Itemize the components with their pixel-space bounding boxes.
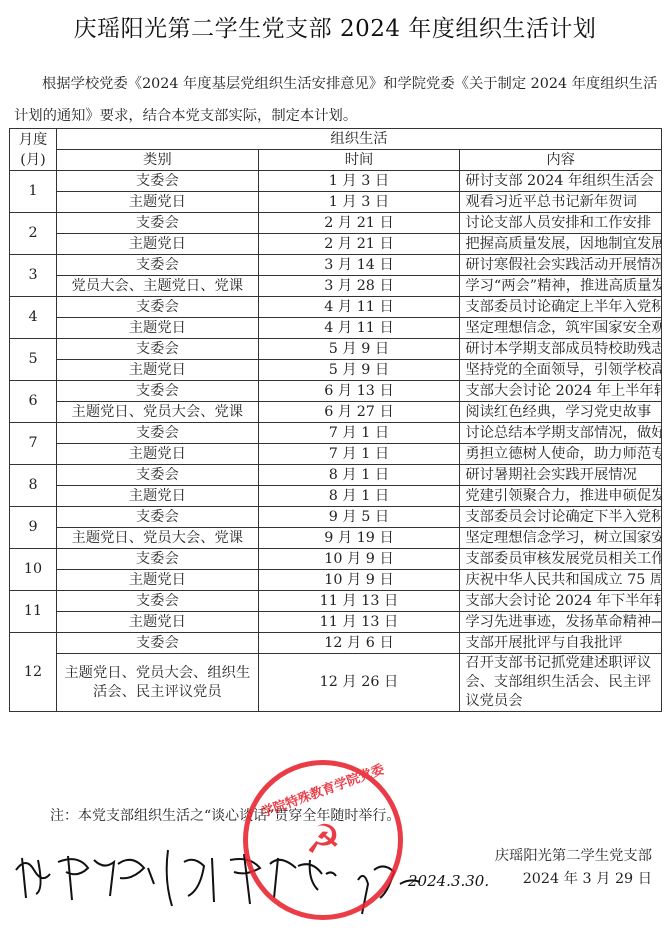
content-cell: 研讨支部 2024 年组织生活会 <box>460 171 662 192</box>
content-cell: 勇担立德树人使命，助力师范专业认证 <box>460 444 662 465</box>
type-cell: 党员大会、主题党日、党课 <box>57 276 259 297</box>
content-cell: 讨论总结本学期支部情况，做好下学期支部计划 <box>460 423 662 444</box>
content-cell: 支部开展批评与自我批评 <box>460 633 662 654</box>
month-cell: 3 <box>10 255 57 297</box>
time-cell: 3 月 14 日 <box>258 255 460 276</box>
type-cell: 支委会 <box>57 549 259 570</box>
table-row: 主题党日 11 月 13 日 学习先进事迹，发扬革命精神——红色影片观影活动 <box>10 612 662 633</box>
month-cell: 11 <box>10 591 57 633</box>
table-row: 1 支委会 1 月 3 日 研讨支部 2024 年组织生活会 <box>10 171 662 192</box>
content-cell: 学习先进事迹，发扬革命精神——红色影片观影活动 <box>460 612 662 633</box>
official-seal: 学院特殊教育学院党委 ☭ <box>243 760 403 920</box>
type-cell: 支委会 <box>57 591 259 612</box>
time-cell: 3 月 28 日 <box>258 276 460 297</box>
content-cell: 坚定理想信念学习，树立国家安全观 <box>460 528 662 549</box>
content-cell: 研讨寒假社会实践活动开展情况 <box>460 255 662 276</box>
time-cell: 2 月 21 日 <box>258 213 460 234</box>
time-cell: 11 月 13 日 <box>258 612 460 633</box>
content-cell: 研讨本学期支部成员特校助残志愿活动开展情况 <box>460 339 662 360</box>
table-row: 主题党日、党员大会、党课 6 月 27 日 阅读红色经典，学习党史故事 <box>10 402 662 423</box>
type-cell: 主题党日 <box>57 234 259 255</box>
header-month-label: 月度(月) <box>19 132 48 168</box>
type-cell: 支委会 <box>57 255 259 276</box>
type-cell: 支委会 <box>57 507 259 528</box>
table-row: 3 支委会 3 月 14 日 研讨寒假社会实践活动开展情况 <box>10 255 662 276</box>
content-cell: 支部大会讨论 2024 年下半年转正时间 <box>460 591 662 612</box>
footer-organization: 庆瑶阳光第二学生党支部 <box>495 845 652 865</box>
time-cell: 10 月 9 日 <box>258 549 460 570</box>
time-cell: 9 月 5 日 <box>258 507 460 528</box>
table-row: 党员大会、主题党日、党课 3 月 28 日 学习“两会”精神，推进高质量发展主题… <box>10 276 662 297</box>
intro-paragraph: 根据学校党委《2024 年度基层党组织生活安排意见》和学院党委《关于制定 202… <box>14 68 662 132</box>
time-cell: 12 月 26 日 <box>258 654 460 712</box>
table-row: 主题党日 5 月 9 日 坚持党的全面领导，引领学校高质量发展 <box>10 360 662 381</box>
type-cell: 主题党日 <box>57 444 259 465</box>
content-cell: 支部委员审核发展党员相关工作，流程是否规范化 <box>460 549 662 570</box>
time-cell: 6 月 27 日 <box>258 402 460 423</box>
type-cell: 主题党日、党员大会、党课 <box>57 402 259 423</box>
time-cell: 4 月 11 日 <box>258 318 460 339</box>
month-cell: 7 <box>10 423 57 465</box>
content-cell: 阅读红色经典，学习党史故事 <box>460 402 662 423</box>
time-cell: 6 月 13 日 <box>258 381 460 402</box>
header-type: 类别 <box>57 150 259 171</box>
type-cell: 支委会 <box>57 465 259 486</box>
content-cell: 坚持党的全面领导，引领学校高质量发展 <box>460 360 662 381</box>
type-cell: 支委会 <box>57 423 259 444</box>
type-cell: 主题党日 <box>57 570 259 591</box>
content-cell: 党建引领聚合力，推进申硕促发展 <box>460 486 662 507</box>
seal-text: 学院特殊教育学院党委 <box>260 763 387 821</box>
time-cell: 2 月 21 日 <box>258 234 460 255</box>
table-row: 主题党日 2 月 21 日 把握高质量发展，因地制宜发展新质生产力 <box>10 234 662 255</box>
type-cell: 支委会 <box>57 339 259 360</box>
content-cell: 学习“两会”精神，推进高质量发展主题党日活动 <box>460 276 662 297</box>
content-cell: 支部委员讨论确定上半年入党积极分子、发展对象人选 <box>460 297 662 318</box>
table-row: 主题党日 7 月 1 日 勇担立德树人使命，助力师范专业认证 <box>10 444 662 465</box>
time-cell: 5 月 9 日 <box>258 360 460 381</box>
month-cell: 6 <box>10 381 57 423</box>
table-row: 主题党日 10 月 9 日 庆祝中华人民共和国成立 75 周年 <box>10 570 662 591</box>
table-row: 8 支委会 8 月 1 日 研讨暑期社会实践开展情况 <box>10 465 662 486</box>
document-title: 庆瑶阳光第二学生党支部 2024 年度组织生活计划 <box>0 10 670 43</box>
type-cell: 支委会 <box>57 171 259 192</box>
time-cell: 7 月 1 日 <box>258 444 460 465</box>
time-cell: 5 月 9 日 <box>258 339 460 360</box>
type-cell: 主题党日 <box>57 318 259 339</box>
content-cell: 支部委员会讨论确定下半入党积极分子、发展对象人选 <box>460 507 662 528</box>
content-cell: 庆祝中华人民共和国成立 75 周年 <box>460 570 662 591</box>
header-month: 月度(月) <box>10 129 57 171</box>
table-row: 主题党日、党员大会、党课 9 月 19 日 坚定理想信念学习，树立国家安全观 <box>10 528 662 549</box>
type-cell: 主题党日 <box>57 192 259 213</box>
table-row: 主题党日 1 月 3 日 观看习近平总书记新年贺词 <box>10 192 662 213</box>
content-cell: 把握高质量发展，因地制宜发展新质生产力 <box>460 234 662 255</box>
time-cell: 4 月 11 日 <box>258 297 460 318</box>
type-cell: 支委会 <box>57 381 259 402</box>
table-row: 11 支委会 11 月 13 日 支部大会讨论 2024 年下半年转正时间 <box>10 591 662 612</box>
month-cell: 5 <box>10 339 57 381</box>
content-cell: 坚定理想信念，筑牢国家安全观 <box>460 318 662 339</box>
plan-table: 月度(月) 组织生活 类别 时间 内容 1 支委会 1 月 3 日 研讨支部 2… <box>9 128 662 712</box>
time-cell: 12 月 6 日 <box>258 633 460 654</box>
table-row: 7 支委会 7 月 1 日 讨论总结本学期支部情况，做好下学期支部计划 <box>10 423 662 444</box>
month-cell: 8 <box>10 465 57 507</box>
table-row: 9 支委会 9 月 5 日 支部委员会讨论确定下半入党积极分子、发展对象人选 <box>10 507 662 528</box>
content-cell: 观看习近平总书记新年贺词 <box>460 192 662 213</box>
month-cell: 4 <box>10 297 57 339</box>
type-cell: 主题党日 <box>57 486 259 507</box>
header-time: 时间 <box>258 150 460 171</box>
content-cell: 讨论支部人员安排和工作安排 <box>460 213 662 234</box>
type-cell: 主题党日 <box>57 360 259 381</box>
handwritten-date: 2024.3.30. <box>408 872 489 890</box>
month-cell: 1 <box>10 171 57 213</box>
header-content: 内容 <box>460 150 662 171</box>
table-row: 10 支委会 10 月 9 日 支部委员审核发展党员相关工作，流程是否规范化 <box>10 549 662 570</box>
month-cell: 10 <box>10 549 57 591</box>
table-row: 主题党日 8 月 1 日 党建引领聚合力，推进申硕促发展 <box>10 486 662 507</box>
type-cell: 支委会 <box>57 297 259 318</box>
time-cell: 11 月 13 日 <box>258 591 460 612</box>
month-cell: 9 <box>10 507 57 549</box>
time-cell: 9 月 19 日 <box>258 528 460 549</box>
time-cell: 1 月 3 日 <box>258 192 460 213</box>
content-cell: 支部大会讨论 2024 年上半年转正时间 <box>460 381 662 402</box>
type-cell: 主题党日 <box>57 612 259 633</box>
content-cell: 研讨暑期社会实践开展情况 <box>460 465 662 486</box>
time-cell: 8 月 1 日 <box>258 465 460 486</box>
table-row: 2 支委会 2 月 21 日 讨论支部人员安排和工作安排 <box>10 213 662 234</box>
table-row: 6 支委会 6 月 13 日 支部大会讨论 2024 年上半年转正时间 <box>10 381 662 402</box>
type-cell: 支委会 <box>57 633 259 654</box>
header-group: 组织生活 <box>57 129 662 150</box>
time-cell: 7 月 1 日 <box>258 423 460 444</box>
time-cell: 8 月 1 日 <box>258 486 460 507</box>
table-row: 主题党日 4 月 11 日 坚定理想信念，筑牢国家安全观 <box>10 318 662 339</box>
month-cell: 12 <box>10 633 57 712</box>
table-row: 4 支委会 4 月 11 日 支部委员讨论确定上半年入党积极分子、发展对象人选 <box>10 297 662 318</box>
type-cell: 主题党日、党员大会、党课 <box>57 528 259 549</box>
party-emblem-icon: ☭ <box>305 817 341 863</box>
type-cell: 支委会 <box>57 213 259 234</box>
footer-date: 2024 年 3 月 29 日 <box>523 868 652 888</box>
type-cell: 主题党日、党员大会、组织生活会、民主评议党员 <box>57 654 259 712</box>
time-cell: 10 月 9 日 <box>258 570 460 591</box>
table-row: 5 支委会 5 月 9 日 研讨本学期支部成员特校助残志愿活动开展情况 <box>10 339 662 360</box>
month-cell: 2 <box>10 213 57 255</box>
time-cell: 1 月 3 日 <box>258 171 460 192</box>
table-row: 12 支委会 12 月 6 日 支部开展批评与自我批评 <box>10 633 662 654</box>
table-row: 主题党日、党员大会、组织生活会、民主评议党员 12 月 26 日 召开支部书记抓… <box>10 654 662 712</box>
content-cell: 召开支部书记抓党建述职评议会、支部组织生活会、民主评议党员会 <box>460 654 662 712</box>
